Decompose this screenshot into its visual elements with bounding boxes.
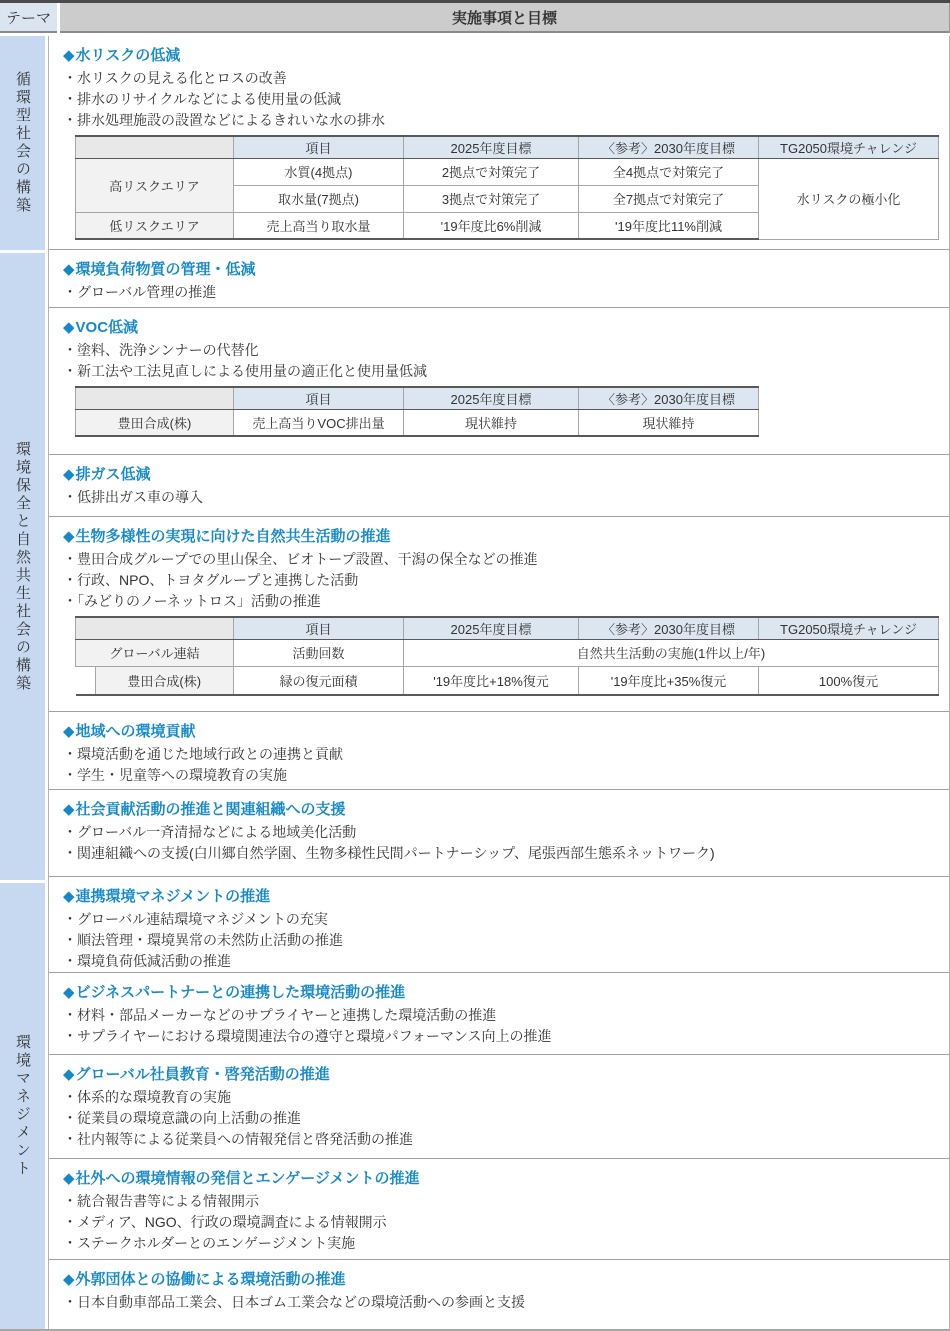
- section-title: ◆社会貢献活動の推進と関連組織への支援: [63, 798, 939, 822]
- diamond-icon: ◆: [63, 984, 75, 1001]
- section-consolidated-management: ◆連携環境マネジメントの推進 ・グローバル連結環境マネジメントの充実 ・順法管理…: [49, 877, 949, 973]
- table-cell: 現状維持: [404, 409, 579, 436]
- bullet-item: ・排水のリサイクルなどによる使用量の低減: [63, 89, 939, 110]
- section-business-partners: ◆ビジネスパートナーとの連携した環境活動の推進 ・材料・部品メーカーなどのサプラ…: [49, 973, 949, 1055]
- bullet-item: ・低排出ガス車の導入: [63, 487, 939, 508]
- theme-label: 環境保全と自然共生社会の構築: [15, 441, 30, 693]
- diamond-icon: ◆: [63, 1271, 75, 1288]
- bullet-item: ・順法管理・環境異常の未然防止活動の推進: [63, 930, 939, 951]
- bullet-item: ・豊田合成グループでの里山保全、ビオトープ設置、干潟の保全などの推進: [63, 549, 939, 570]
- table-cell: '19年度比+18%復元: [404, 666, 579, 695]
- theme-label: 循環型社会の構築: [15, 71, 30, 215]
- theme-cell-recycling-society: 循環型社会の構築: [0, 36, 45, 250]
- theme-label: 環境マネジメント: [15, 1034, 30, 1178]
- table-cell: 2拠点で対策完了: [404, 158, 579, 185]
- environment-action-plan-table: テーマ 実施事項と目標 循環型社会の構築 環境保全と自然共生社会の構築 環境マネ…: [0, 0, 950, 1331]
- bullet-item: ・排水処理施設の設置などによるきれいな水の排水: [63, 110, 939, 131]
- bullet-item: ・従業員の環境意識の向上活動の推進: [63, 1108, 939, 1129]
- row-header-high-risk-area: 高リスクエリア: [76, 158, 234, 212]
- section-title: ◆社外への環境情報の発信とエンゲージメントの推進: [63, 1167, 939, 1191]
- table-body: 循環型社会の構築 環境保全と自然共生社会の構築 環境マネジメント ◆水リスクの低…: [0, 36, 950, 1329]
- section-title: ◆グローバル社員教育・啓発活動の推進: [63, 1063, 939, 1087]
- bullet-item: ・「みどりのノーネットロス」活動の推進: [63, 591, 939, 612]
- section-title: ◆水リスクの低減: [63, 44, 939, 68]
- table-row: 豊田合成(株) 緑の復元面積 '19年度比+18%復元 '19年度比+35%復元…: [76, 666, 939, 695]
- section-social-contribution: ◆社会貢献活動の推進と関連組織への支援 ・グローバル一斉清掃などによる地域美化活…: [49, 790, 949, 877]
- diamond-icon: ◆: [63, 1170, 75, 1187]
- table-cell: 水質(4拠点): [234, 158, 404, 185]
- table-header-2030: 〈参考〉2030年度目標: [579, 136, 759, 158]
- table-cell: '19年度比+35%復元: [579, 666, 759, 695]
- table-cell: '19年度比11%削減: [579, 212, 759, 239]
- voc-target-table: 項目 2025年度目標 〈参考〉2030年度目標 豊田合成(株) 売上高当りVO…: [75, 386, 759, 437]
- table-row: 高リスクエリア 水質(4拠点) 2拠点で対策完了 全4拠点で対策完了 水リスクの…: [76, 158, 939, 185]
- bullet-item: ・水リスクの見える化とロスの改善: [63, 68, 939, 89]
- bullet-item: ・グローバル連結環境マネジメントの充実: [63, 909, 939, 930]
- row-header-low-risk-area: 低リスクエリア: [76, 212, 234, 239]
- bullet-item: ・材料・部品メーカーなどのサプライヤーと連携した環境活動の推進: [63, 1005, 939, 1026]
- row-header-toyoda-gosei: 豊田合成(株): [76, 409, 234, 436]
- table-cell: 現状維持: [579, 409, 759, 436]
- theme-column-header: テーマ: [0, 3, 57, 33]
- table-cell: 活動回数: [234, 639, 404, 666]
- section-title: ◆生物多様性の実現に向けた自然共生活動の推進: [63, 525, 939, 549]
- table-corner-cell: [76, 387, 234, 409]
- bullet-item: ・日本自動車部品工業会、日本ゴム工業会などの環境活動への参画と支援: [63, 1292, 939, 1313]
- bullet-item: ・ステークホルダーとのエンゲージメント実施: [63, 1233, 939, 1254]
- diamond-icon: ◆: [63, 466, 75, 483]
- bullet-item: ・体系的な環境教育の実施: [63, 1087, 939, 1108]
- table-corner-cell: [76, 617, 234, 639]
- table-cell: 売上高当りVOC排出量: [234, 409, 404, 436]
- theme-cell-environment-management: 環境マネジメント: [0, 883, 45, 1329]
- section-water-risk: ◆水リスクの低減 ・水リスクの見える化とロスの改善 ・排水のリサイクルなどによる…: [49, 36, 949, 250]
- table-corner-cell: [76, 136, 234, 158]
- table-header-tg2050: TG2050環境チャレンジ: [759, 617, 939, 639]
- table-header-2030: 〈参考〉2030年度目標: [579, 617, 759, 639]
- table-cell: '19年度比6%削減: [404, 212, 579, 239]
- indent-spacer: [76, 667, 96, 694]
- section-title: ◆連携環境マネジメントの推進: [63, 885, 939, 909]
- main-column-header: 実施事項と目標: [60, 3, 950, 33]
- bullet-item: ・社内報等による従業員への情報発信と啓発活動の推進: [63, 1129, 939, 1150]
- section-biodiversity: ◆生物多様性の実現に向けた自然共生活動の推進 ・豊田合成グループでの里山保全、ビ…: [49, 517, 949, 712]
- bullet-item: ・グローバル管理の推進: [63, 282, 939, 303]
- section-external-organizations: ◆外郭団体との協働による環境活動の推進 ・日本自動車部品工業会、日本ゴム工業会な…: [49, 1260, 949, 1323]
- table-cell: 100%復元: [759, 666, 939, 695]
- table-cell: 売上高当り取水量: [234, 212, 404, 239]
- header-row: テーマ 実施事項と目標: [0, 0, 950, 33]
- row-header-toyoda-gosei-indent: 豊田合成(株): [76, 666, 234, 695]
- table-header-2025: 2025年度目標: [404, 617, 579, 639]
- section-title: ◆VOC低減: [63, 316, 939, 340]
- row-header-global-consolidated: グローバル連結: [76, 639, 234, 666]
- section-voc-reduction: ◆VOC低減 ・塗料、洗浄シンナーの代替化 ・新工法や工法見直しによる使用量の適…: [49, 308, 949, 455]
- table-cell-tg2050-goal: 水リスクの極小化: [759, 158, 939, 239]
- bullet-item: ・サプライヤーにおける環境関連法令の遵守と環境パフォーマンス向上の推進: [63, 1026, 939, 1047]
- water-risk-target-table: 項目 2025年度目標 〈参考〉2030年度目標 TG2050環境チャレンジ 高…: [75, 135, 939, 240]
- table-header-item: 項目: [234, 617, 404, 639]
- bullet-item: ・学生・児童等への環境教育の実施: [63, 765, 939, 786]
- table-cell: 全4拠点で対策完了: [579, 158, 759, 185]
- diamond-icon: ◆: [63, 528, 75, 545]
- table-cell: 3拠点で対策完了: [404, 185, 579, 212]
- table-header-tg2050: TG2050環境チャレンジ: [759, 136, 939, 158]
- content-column: ◆水リスクの低減 ・水リスクの見える化とロスの改善 ・排水のリサイクルなどによる…: [48, 36, 950, 1329]
- section-title: ◆環境負荷物質の管理・低減: [63, 258, 939, 282]
- bullet-item: ・環境活動を通じた地域行政との連携と貢献: [63, 744, 939, 765]
- diamond-icon: ◆: [63, 888, 75, 905]
- table-cell-merged-goal: 自然共生活動の実施(1件以上/年): [404, 639, 939, 666]
- table-header-item: 項目: [234, 387, 404, 409]
- section-title: ◆地域への環境貢献: [63, 720, 939, 744]
- diamond-icon: ◆: [63, 47, 75, 64]
- section-employee-education: ◆グローバル社員教育・啓発活動の推進 ・体系的な環境教育の実施 ・従業員の環境意…: [49, 1055, 949, 1159]
- diamond-icon: ◆: [63, 801, 75, 818]
- bullet-item: ・グローバル一斉清掃などによる地域美化活動: [63, 822, 939, 843]
- bullet-item: ・新工法や工法見直しによる使用量の適正化と使用量低減: [63, 361, 939, 382]
- section-load-substances: ◆環境負荷物質の管理・低減 ・グローバル管理の推進: [49, 250, 949, 308]
- theme-cell-environment-nature: 環境保全と自然共生社会の構築: [0, 253, 45, 880]
- theme-sidebar: 循環型社会の構築 環境保全と自然共生社会の構築 環境マネジメント: [0, 36, 45, 1329]
- table-cell: 緑の復元面積: [234, 666, 404, 695]
- section-exhaust-gas: ◆排ガス低減 ・低排出ガス車の導入: [49, 455, 949, 517]
- diamond-icon: ◆: [63, 723, 75, 740]
- table-header-2025: 2025年度目標: [404, 387, 579, 409]
- bullet-item: ・メディア、NGO、行政の環境調査による情報開示: [63, 1212, 939, 1233]
- table-cell: 全7拠点で対策完了: [579, 185, 759, 212]
- diamond-icon: ◆: [63, 261, 75, 278]
- table-cell: 取水量(7拠点): [234, 185, 404, 212]
- bullet-item: ・塗料、洗浄シンナーの代替化: [63, 340, 939, 361]
- table-header-2025: 2025年度目標: [404, 136, 579, 158]
- diamond-icon: ◆: [63, 319, 75, 336]
- section-external-information: ◆社外への環境情報の発信とエンゲージメントの推進 ・統合報告書等による情報開示 …: [49, 1159, 949, 1260]
- biodiversity-target-table: 項目 2025年度目標 〈参考〉2030年度目標 TG2050環境チャレンジ グ…: [75, 616, 939, 696]
- table-header-item: 項目: [234, 136, 404, 158]
- section-title: ◆ビジネスパートナーとの連携した環境活動の推進: [63, 981, 939, 1005]
- bullet-item: ・関連組織への支援(白川郷自然学園、生物多様性民間パートナーシップ、尾張西部生態…: [63, 843, 939, 864]
- bullet-item: ・統合報告書等による情報開示: [63, 1191, 939, 1212]
- section-title: ◆外郭団体との協働による環境活動の推進: [63, 1268, 939, 1292]
- bullet-item: ・行政、NPO、トヨタグループと連携した活動: [63, 570, 939, 591]
- section-regional-contribution: ◆地域への環境貢献 ・環境活動を通じた地域行政との連携と貢献 ・学生・児童等への…: [49, 712, 949, 790]
- table-row: グローバル連結 活動回数 自然共生活動の実施(1件以上/年): [76, 639, 939, 666]
- table-header-2030: 〈参考〉2030年度目標: [579, 387, 759, 409]
- section-title: ◆排ガス低減: [63, 463, 939, 487]
- table-row: 豊田合成(株) 売上高当りVOC排出量 現状維持 現状維持: [76, 409, 759, 436]
- diamond-icon: ◆: [63, 1066, 75, 1083]
- bullet-item: ・環境負荷低減活動の推進: [63, 951, 939, 972]
